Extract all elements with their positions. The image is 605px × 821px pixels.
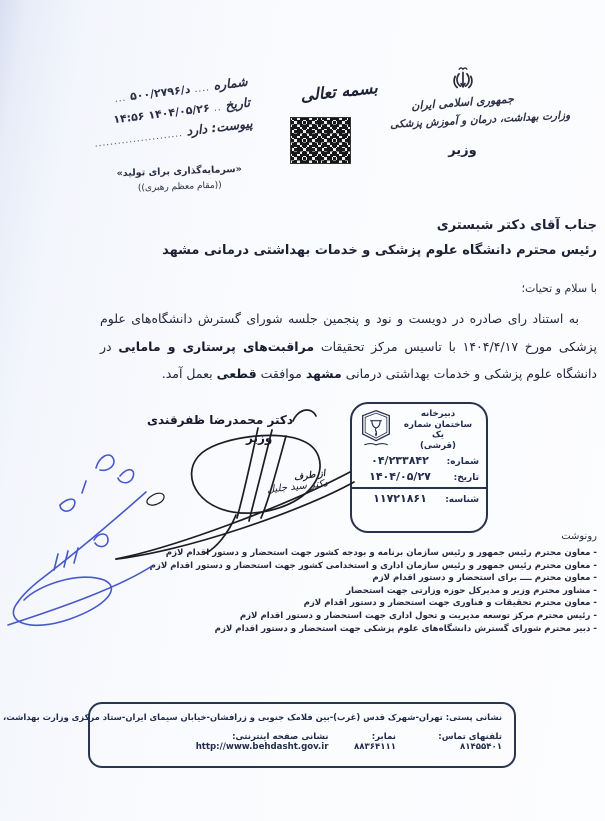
postal-address: نشانی پستی: تهران-شهرک قدس (غرب)-بین فلا… xyxy=(102,712,502,722)
ref-time-value: ۱۴:۵۶ xyxy=(113,110,146,127)
cc-list: - معاون محترم رئیس جمهور و رئیس سازمان ب… xyxy=(150,547,597,635)
footer-contact-row: تلفنهای تماس: ۸۱۴۵۵۴۰۱ نمابر: ۸۸۳۶۴۱۱۱ ن… xyxy=(102,732,502,752)
fax-entry: نمابر: ۸۸۳۶۴۱۱۱ xyxy=(328,732,396,752)
stamp-id-value: ۱۱۷۲۱۸۶۱ xyxy=(359,492,441,505)
fax-label: نمابر: xyxy=(372,732,396,742)
ref-date-value: ۱۴۰۴/۰۵/۲۶ xyxy=(148,102,211,122)
qr-code xyxy=(291,118,350,163)
signer-title: وزیر xyxy=(246,431,272,445)
stamp-org-3: (قرشی) xyxy=(397,441,479,452)
cc-item: - رئیس محترم مرکز توسعه مدیریت و تحول اد… xyxy=(150,610,597,623)
stamp-number-row: شماره: ۰۴/۲۳۳۸۴۲ xyxy=(359,454,479,467)
web-entry: نشانی صفحه اینترنتی: http://www.behdasht… xyxy=(102,732,328,752)
letterhead-minister: وزیر xyxy=(390,143,535,158)
cc-item: - معاون محترم ــــ برای استحضار و دستور … xyxy=(150,572,597,585)
cc-item: - مشاور محترم وزیر و مدیرکل حوزه وزارتی … xyxy=(150,585,597,598)
stamp-org-lines: دبیرخانه ساختمان شماره یک (قرشی) xyxy=(397,409,479,451)
dots: .. xyxy=(213,103,222,114)
recipient-block: جناب آقای دکتر شبستری رئیس محترم دانشگاه… xyxy=(162,218,597,258)
fax-value: ۸۸۳۶۴۱۱۱ xyxy=(354,742,396,752)
stamp-id-label: شناسه: xyxy=(441,495,479,505)
web-label: نشانی صفحه اینترنتی: xyxy=(232,732,328,742)
slogan-attribution: ((مقام معظم رهبری)) xyxy=(92,179,267,195)
scanned-letter-page: جمهوری اسلامی ایران وزارت بهداشت، درمان … xyxy=(0,0,605,821)
stamp-org-2: ساختمان شماره یک xyxy=(397,420,479,441)
on-behalf-name-handwritten: دکتر سید جلیل xyxy=(198,478,328,503)
salutation: با سلام و تحیات؛ xyxy=(522,282,598,295)
ref-number-label: شماره xyxy=(213,74,249,93)
letterhead: جمهوری اسلامی ایران وزارت بهداشت، درمان … xyxy=(390,64,535,158)
body-seg-bold: قطعی xyxy=(217,366,257,381)
dots: ....................... xyxy=(94,129,183,150)
dots: .... xyxy=(194,83,211,95)
phone-value: ۸۱۴۵۵۴۰۱ xyxy=(460,742,502,752)
stamp-date-label: تاریخ: xyxy=(441,473,479,483)
ref-number-value: د/۵۰۰/۲۷۹۶ xyxy=(129,83,191,103)
secretariat-stamp-box: دبیرخانه ساختمان شماره یک (قرشی) شماره: … xyxy=(350,402,488,533)
stamp-number-value: ۰۴/۲۳۳۸۴۲ xyxy=(359,454,441,467)
slogan-text: «سرمایه‌گذاری برای تولید» xyxy=(92,163,267,180)
body-seg-bold: مراقبت‌های پرستاری و مامایی xyxy=(118,339,314,354)
body-seg-bold: مشهد xyxy=(306,366,342,381)
stamp-org-1: دبیرخانه xyxy=(397,409,479,420)
stamp-date-row: تاریخ: ۱۴۰۴/۰۵/۲۷ xyxy=(359,470,479,483)
cc-item: - دبیر محترم شورای گسترش دانشگاه‌های علو… xyxy=(150,623,597,636)
phone-label: تلفنهای تماس: xyxy=(438,732,502,742)
iran-emblem-icon xyxy=(450,64,476,94)
letter-body: به استناد رای صادره در دویست و نود و پنج… xyxy=(100,305,597,388)
signer-name: دکتر محمدرضا ظفرقندی xyxy=(168,413,293,427)
blue-pen-annotation xyxy=(8,455,152,625)
dots: ... xyxy=(114,94,127,105)
phone-entry: تلفنهای تماس: ۸۱۴۵۵۴۰۱ xyxy=(396,732,502,752)
website-url: http://www.behdasht.gov.ir xyxy=(196,742,329,752)
besmeh-taala-calligraphy: بسمه تعالی xyxy=(298,78,380,105)
stamp-divider xyxy=(352,487,486,489)
stamp-date-value: ۱۴۰۴/۰۵/۲۷ xyxy=(359,470,441,483)
year-slogan: «سرمایه‌گذاری برای تولید» ((مقام معظم ره… xyxy=(92,163,268,195)
stamp-number-label: شماره: xyxy=(441,457,479,467)
cc-item: - معاون محترم رئیس جمهور و رئیس سازمان ا… xyxy=(150,560,597,573)
university-logo xyxy=(359,409,393,449)
ref-attachment-label: پیوست: دارد xyxy=(186,115,254,138)
body-seg: بعمل آمد. xyxy=(162,366,217,381)
recipient-title: رئیس محترم دانشگاه علوم پزشکی و خدمات به… xyxy=(162,243,597,258)
body-seg: موافقت xyxy=(257,366,306,381)
stamp-header: دبیرخانه ساختمان شماره یک (قرشی) xyxy=(359,409,479,451)
letterhead-ministry: وزارت بهداشت، درمان و آموزش پزشکی xyxy=(390,111,535,131)
cc-item: - معاون محترم تحقیقات و فناوری جهت استحض… xyxy=(150,597,597,610)
ref-date-label: تاریخ xyxy=(224,95,251,113)
reference-block: شماره .... د/۵۰۰/۲۷۹۶ ... تاریخ .. ۱۴۰۴/… xyxy=(43,74,254,162)
footer-contact-box: نشانی پستی: تهران-شهرک قدس (غرب)-بین فلا… xyxy=(88,702,516,768)
recipient-name: جناب آقای دکتر شبستری xyxy=(162,218,597,233)
cc-header: رونوشت xyxy=(561,531,597,542)
stamp-id-row: شناسه: ۱۱۷۲۱۸۶۱ xyxy=(359,492,479,505)
cc-item: - معاون محترم رئیس جمهور و رئیس سازمان ب… xyxy=(150,547,597,560)
letterhead-republic: جمهوری اسلامی ایران xyxy=(390,91,536,114)
